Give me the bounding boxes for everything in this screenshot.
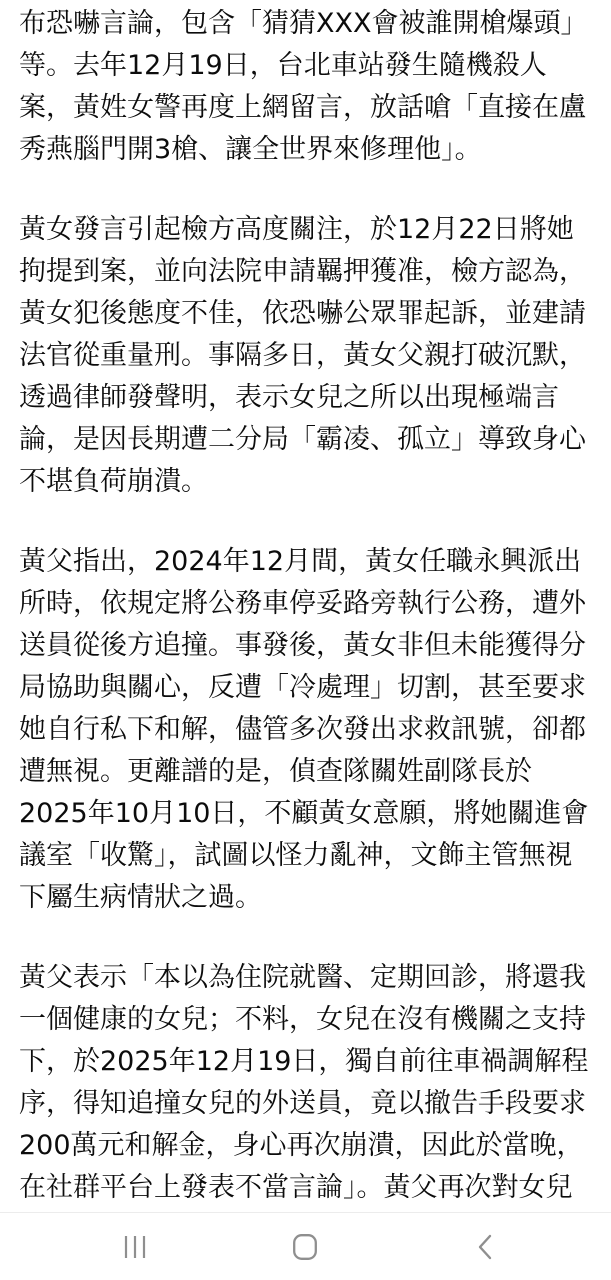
article-line: 法官從重量刑。事隔多日，黃女父親打破沉默，	[19, 335, 593, 377]
article-line: 議室「收驚」，試圖以怪力亂神，文飾主管無視	[19, 835, 593, 877]
recents-icon	[124, 1235, 146, 1259]
article-line: 在社群平台上發表不當言論」。黃父再次對女兒	[19, 1167, 593, 1209]
home-button[interactable]	[277, 1213, 333, 1280]
article-line: 黃女發言引起檢方高度關注，於12月22日將她	[19, 209, 593, 251]
back-button[interactable]	[457, 1213, 513, 1280]
paragraph: 黃父指出，2024年12月間，黃女任職永興派出 所時，依規定將公務車停妥路旁執行…	[19, 541, 593, 919]
article-line: 拘提到案，並向法院申請羈押獲准，檢方認為，	[19, 251, 593, 293]
article-line: 秀燕腦門開3槍、讓全世界來修理他」。	[19, 129, 593, 171]
article-line: 局協助與關心，反遭「冷處理」切割，甚至要求	[19, 667, 593, 709]
article-line: 案，黃姓女警再度上網留言，放話嗆「直接在盧	[19, 87, 593, 129]
paragraph: 布恐嚇言論，包含「猜猜XXX會被誰開槍爆頭」 等。去年12月19日，台北車站發生…	[19, 3, 593, 171]
article-line: 等。去年12月19日，台北車站發生隨機殺人	[19, 45, 593, 87]
back-icon	[477, 1234, 493, 1260]
article-line: 2025年10月10日，不顧黃女意願，將她關進會	[19, 793, 593, 835]
article-content: 布恐嚇言論，包含「猜猜XXX會被誰開槍爆頭」 等。去年12月19日，台北車站發生…	[0, 0, 611, 1247]
article-line: 布恐嚇言論，包含「猜猜XXX會被誰開槍爆頭」	[19, 3, 593, 45]
article-line: 送員從後方追撞。事發後，黃女非但未能獲得分	[19, 625, 593, 667]
article-line: 不堪負荷崩潰。	[19, 461, 593, 503]
article-line: 透過律師發聲明，表示女兒之所以出現極端言	[19, 377, 593, 419]
article-line: 所時，依規定將公務車停妥路旁執行公務，遭外	[19, 583, 593, 625]
home-icon	[293, 1234, 317, 1260]
article-line: 論，是因長期遭二分局「霸凌、孤立」導致身心	[19, 419, 593, 461]
article-line: 200萬元和解金，身心再次崩潰，因此於當晚，	[19, 1125, 593, 1167]
article-line: 下屬生病情狀之過。	[19, 877, 593, 919]
paragraph: 黃女發言引起檢方高度關注，於12月22日將她 拘提到案，並向法院申請羈押獲准，檢…	[19, 209, 593, 503]
recents-button[interactable]	[107, 1213, 163, 1280]
article-line: 下，於2025年12月19日，獨自前往車禍調解程	[19, 1041, 593, 1083]
article-line: 遭無視。更離譜的是，偵查隊關姓副隊長於	[19, 751, 593, 793]
article-line: 序，得知追撞女兒的外送員，竟以撤告手段要求	[19, 1083, 593, 1125]
article-line: 黃父表示「本以為住院就醫、定期回診，將還我	[19, 957, 593, 999]
article-line: 一個健康的女兒；不料，女兒在沒有機關之支持	[19, 999, 593, 1041]
android-navigation-bar	[0, 1212, 611, 1280]
paragraph: 黃父表示「本以為住院就醫、定期回診，將還我 一個健康的女兒；不料，女兒在沒有機關…	[19, 957, 593, 1209]
article-line: 黃女犯後態度不佳，依恐嚇公眾罪起訴，並建請	[19, 293, 593, 335]
article-line: 她自行私下和解，儘管多次發出求救訊號，卻都	[19, 709, 593, 751]
article-line: 黃父指出，2024年12月間，黃女任職永興派出	[19, 541, 593, 583]
